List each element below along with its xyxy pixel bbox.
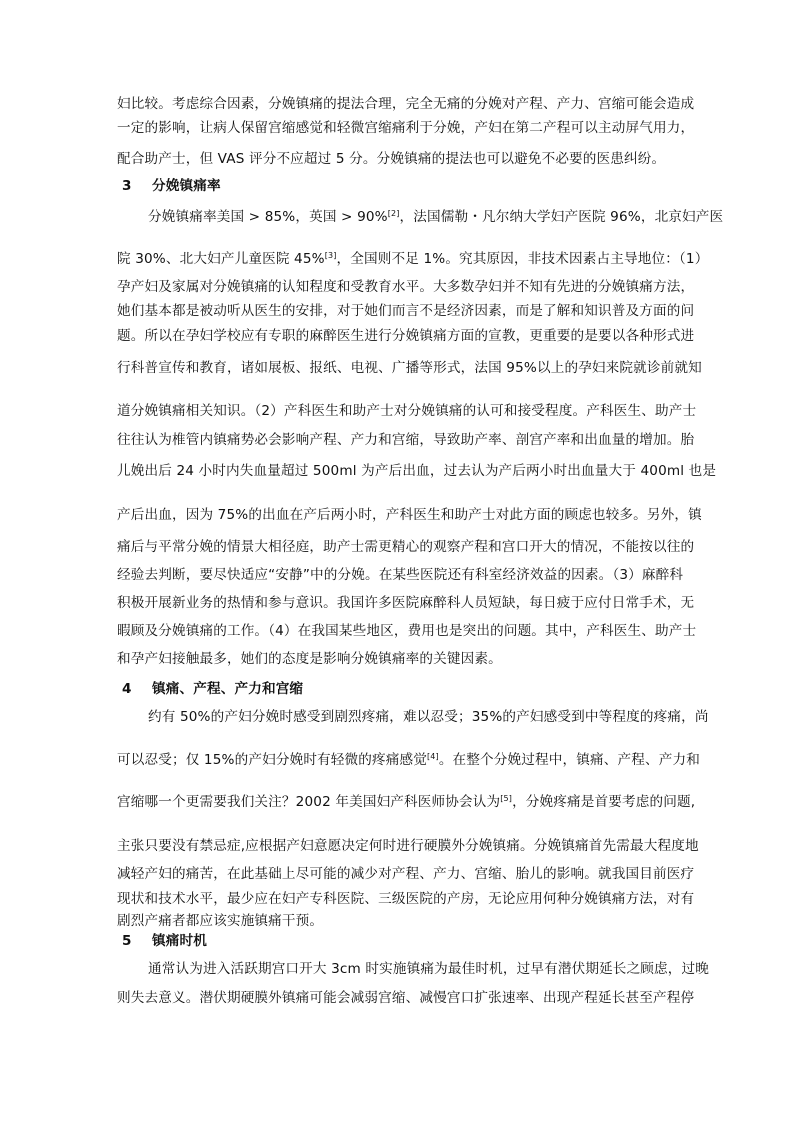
paragraph-line: 院 30%、北大妇产儿童医院 45%[3]，全国则不足 1%。究其原因，非技术因… bbox=[117, 250, 677, 268]
text-run: ，法国儒勒・凡尔纳大学妇产医院 96%，北京妇产医 bbox=[400, 209, 724, 225]
paragraph-line: 宫缩哪一个更需要我们关注？2002 年美国妇产科医师协会认为[5]，分娩疼痛是首… bbox=[117, 793, 677, 811]
section-number: 3 bbox=[122, 177, 152, 195]
section-heading-5: 5镇痛时机 bbox=[122, 932, 682, 950]
section-title: 镇痛、产程、产力和宫缩 bbox=[152, 681, 303, 697]
paragraph-line: 妇比较。考虑综合因素，分娩镇痛的提法合理，完全无痛的分娩对产程、产力、宫缩可能会… bbox=[117, 95, 677, 113]
citation-ref[interactable]: [2] bbox=[388, 209, 400, 218]
paragraph-line: 则失去意义。潜伏期硬膜外镇痛可能会减弱宫缩、减慢宫口扩张速率、出现产程延长甚至产… bbox=[117, 989, 677, 1007]
citation-ref[interactable]: [3] bbox=[325, 251, 337, 260]
paragraph-line: 约有 50%的产妇分娩时感受到剧烈疼痛，难以忍受；35%的产妇感受到中等程度的疼… bbox=[148, 708, 708, 726]
paragraph-line: 剧烈产痛者都应该实施镇痛干预。 bbox=[117, 912, 677, 930]
section-title: 分娩镇痛率 bbox=[152, 178, 221, 194]
paragraph-line: 儿娩出后 24 小时内失血量超过 500ml 为产后出血，过去认为产后两小时出血… bbox=[117, 462, 677, 480]
paragraph-line: 主张只要没有禁忌症,应根据产妇意愿决定何时进行硬膜外分娩镇痛。分娩镇痛首先需最大… bbox=[117, 837, 677, 855]
text-run: 宫缩哪一个更需要我们关注？2002 年美国妇产科医师协会认为 bbox=[117, 794, 500, 810]
paragraph-line: 分娩镇痛率美国 > 85%，英国 > 90%[2]，法国儒勒・凡尔纳大学妇产医院… bbox=[148, 208, 708, 226]
text-run: 分娩镇痛率美国 > 85%，英国 > 90% bbox=[148, 209, 388, 225]
paragraph-line: 题。所以在孕妇学校应有专职的麻醉医生进行分娩镇痛方面的宣教，更重要的是要以各种形… bbox=[117, 327, 677, 345]
paragraph-line: 配合助产士，但 VAS 评分不应超过 5 分。分娩镇痛的提法也可以避免不必要的医… bbox=[117, 150, 677, 168]
paragraph-line: 痛后与平常分娩的情景大相径庭，助产士需更精心的观察产程和宫口开大的情况，不能按以… bbox=[117, 538, 677, 556]
text-run: ，分娩疼痛是首要考虑的问题, bbox=[512, 794, 695, 810]
citation-ref[interactable]: [5] bbox=[500, 794, 512, 803]
text-run: 。在整个分娩过程中，镇痛、产程、产力和 bbox=[439, 752, 700, 768]
section-title: 镇痛时机 bbox=[152, 933, 207, 949]
paragraph-line: 和孕产妇接触最多，她们的态度是影响分娩镇痛率的关键因素。 bbox=[117, 650, 677, 668]
citation-ref[interactable]: [4] bbox=[427, 752, 439, 761]
paragraph-line: 产后出血，因为 75%的出血在产后两小时，产科医生和助产士对此方面的顾虑也较多。… bbox=[117, 506, 677, 524]
paragraph-line: 积极开展新业务的热情和参与意识。我国许多医院麻醉科人员短缺，每日疲于应付日常手术… bbox=[117, 594, 677, 612]
text-run: ，全国则不足 1%。究其原因，非技术因素占主导地位：（1） bbox=[337, 251, 709, 267]
text-run: 可以忍受；仅 15%的产妇分娩时有轻微的疼痛感觉 bbox=[117, 752, 427, 768]
section-number: 5 bbox=[122, 932, 152, 950]
paragraph-line: 通常认为进入活跃期宫口开大 3cm 时实施镇痛为最佳时机，过早有潜伏期延长之顾虑… bbox=[148, 960, 708, 978]
paragraph-line: 暇顾及分娩镇痛的工作。（4）在我国某些地区，费用也是突出的问题。其中，产科医生、… bbox=[117, 622, 677, 640]
paragraph-line: 行科普宣传和教育，诸如展板、报纸、电视、广播等形式，法国 95%以上的孕妇来院就… bbox=[117, 359, 677, 377]
paragraph-line: 往往认为椎管内镇痛势必会影响产程、产力和宫缩，导致助产率、剖宫产率和出血量的增加… bbox=[117, 431, 677, 449]
paragraph-line: 孕产妇及家属对分娩镇痛的认知程度和受教育水平。大多数孕妇并不知有先进的分娩镇痛方… bbox=[117, 278, 677, 296]
section-heading-3: 3分娩镇痛率 bbox=[122, 177, 682, 195]
paragraph-line: 她们基本都是被动听从医生的安排，对于她们而言不是经济因素，而是了解和知识普及方面… bbox=[117, 302, 677, 320]
paragraph-line: 道分娩镇痛相关知识。（2）产科医生和助产士对分娩镇痛的认可和接受程度。产科医生、… bbox=[117, 402, 677, 420]
document-page: 妇比较。考虑综合因素，分娩镇痛的提法合理，完全无痛的分娩对产程、产力、宫缩可能会… bbox=[0, 0, 793, 1122]
paragraph-line: 经验去判断，要尽快适应“安静”中的分娩。在某些医院还有科室经济效益的因素。（3）… bbox=[117, 566, 677, 584]
paragraph-line: 减轻产妇的痛苦，在此基础上尽可能的减少对产程、产力、宫缩、胎儿的影响。就我国目前… bbox=[117, 865, 677, 883]
paragraph-line: 一定的影响，让病人保留宫缩感觉和轻微宫缩痛利于分娩，产妇在第二产程可以主动屏气用… bbox=[117, 119, 677, 137]
paragraph-line: 可以忍受；仅 15%的产妇分娩时有轻微的疼痛感觉[4]。在整个分娩过程中，镇痛、… bbox=[117, 751, 677, 769]
section-heading-4: 4镇痛、产程、产力和宫缩 bbox=[122, 680, 682, 698]
section-number: 4 bbox=[122, 680, 152, 698]
text-run: 院 30%、北大妇产儿童医院 45% bbox=[117, 251, 325, 267]
paragraph-line: 现状和技术水平，最少应在妇产专科医院、三级医院的产房，无论应用何种分娩镇痛方法，… bbox=[117, 890, 677, 908]
